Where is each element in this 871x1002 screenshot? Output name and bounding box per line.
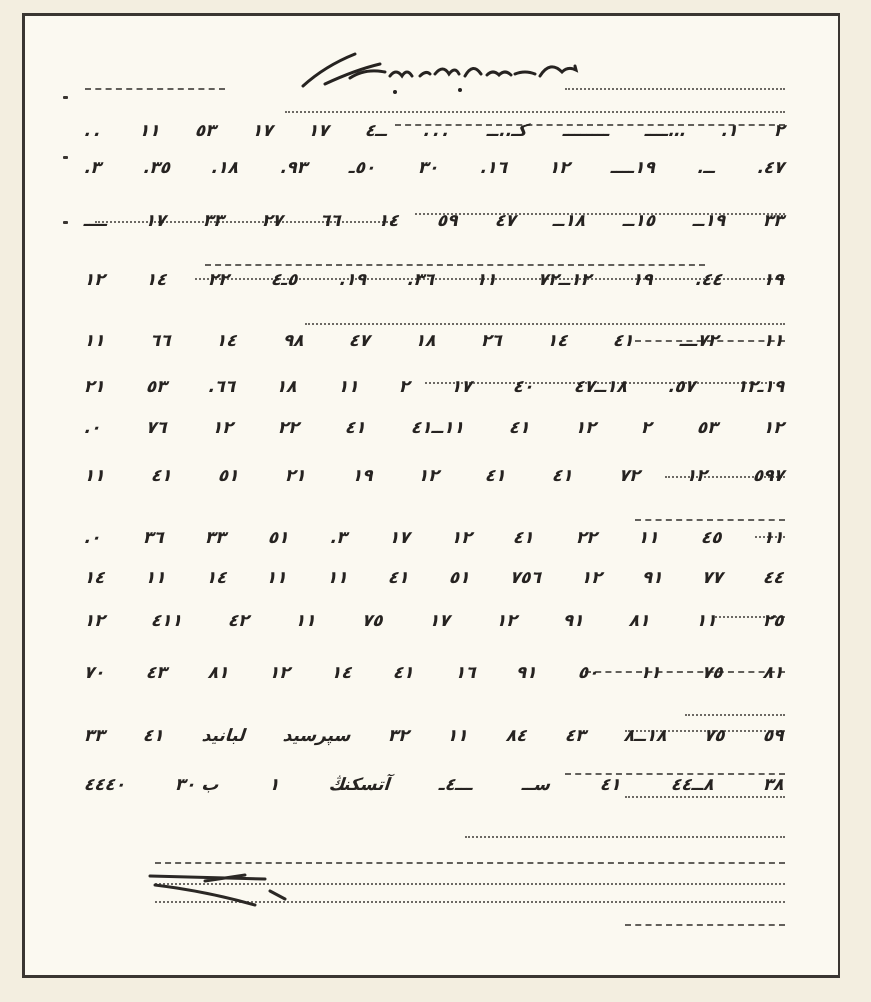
- ledger-cell: ١٢: [493, 611, 520, 631]
- ledger-cell: ١٩ـ١٢: [734, 377, 788, 397]
- ledger-cell: ٩١: [639, 568, 666, 588]
- ledger-cell: ــ٤: [363, 121, 392, 141]
- ledger-cell: ٤١: [550, 466, 577, 486]
- ledger-cell: ٤١: [483, 466, 510, 486]
- ledger-cell: ١١: [761, 528, 788, 548]
- ledger-cell: ١٤: [545, 331, 572, 351]
- ledger-cell: سپرسيد: [280, 726, 354, 746]
- ledger-cell: ٨١: [761, 663, 788, 683]
- ledger-cell: ١٢ــ٧٢: [536, 270, 596, 290]
- ledger-cell: ٢: [397, 377, 414, 397]
- ledger-cell: ١٤: [144, 270, 171, 290]
- ledger-row: ١٩ـ١٢٥٧.١٨ــ٤٧٤٠١٧٢١١١٨٦٦.٥٣٢١: [85, 372, 785, 402]
- ledger-cell: ٢٢: [206, 270, 233, 290]
- ledger-cell: ١١: [636, 528, 663, 548]
- ledger-cell: ..: [82, 121, 107, 141]
- ledger-cell: ٥ـ٤: [268, 270, 301, 290]
- ledger-cell: ١١: [293, 611, 320, 631]
- ledger-cell: ٣٨: [761, 775, 788, 795]
- ledger-cell: لبانيد: [199, 726, 248, 746]
- ledger-cell: ١٢: [210, 418, 237, 438]
- ledger-cell: ٧٢ـــ: [677, 331, 722, 351]
- ruled-line: [465, 836, 785, 838]
- ledger-cell: ١١: [474, 270, 501, 290]
- ledger-cell: ٢١: [282, 466, 309, 486]
- ledger-cell: ٣٦: [140, 528, 167, 548]
- ledger-cell: ســ: [520, 775, 555, 795]
- ledger-cell: ١٧: [306, 121, 333, 141]
- ledger-cell: ـــ٤ـ: [437, 775, 477, 795]
- ledger-cell: ٣٣: [82, 726, 109, 746]
- ledger-cell: ٥٩٧: [751, 466, 789, 486]
- ledger-cell: ٥٣: [144, 377, 171, 397]
- ledger-cell: ١٩.: [336, 270, 370, 290]
- ruled-line: [155, 862, 785, 864]
- ledger-cell: ٢٦: [479, 331, 506, 351]
- ledger-cell: ٩١: [514, 663, 541, 683]
- ledger-cell: ١١: [335, 377, 362, 397]
- ledger-cell: ٥٩: [434, 211, 461, 231]
- ledger-cell: ٤٢: [226, 611, 253, 631]
- ledger-row: ١٩٤٤.١٩١٢ــ٧٢١١٣٦.١٩.٥ـ٤٢٢١٤١٢: [85, 265, 785, 295]
- ledger-cell: ٤١: [598, 775, 625, 795]
- ledger-cell: ١٢: [573, 418, 600, 438]
- ledger-row: ٥٩٧١٢٧٢٤١٤١١٢١٩٢١٥١٤١١١: [85, 461, 785, 491]
- ledger-cell: ــ.: [695, 158, 720, 178]
- ledger-cell: ٤٤٤٠: [82, 775, 130, 795]
- signature-scrawl: [145, 871, 405, 911]
- ledger-cell: ٩٨: [280, 331, 307, 351]
- ledger-cell: ٣٣: [203, 528, 230, 548]
- ledger-cell: ١١: [761, 331, 788, 351]
- ledger-cell: ١٢: [547, 158, 574, 178]
- ledger-cell: ٧٠: [82, 663, 109, 683]
- ledger-cell: ١٤: [203, 568, 230, 588]
- ruled-line: [565, 88, 785, 90]
- ledger-cell: ــــ: [82, 211, 112, 231]
- ledger-cell: ٢٧: [259, 211, 286, 231]
- ruled-line: [85, 88, 225, 90]
- ledger-cell: ١٨ــ: [551, 211, 590, 231]
- ledger-cell: ٤٤.: [692, 270, 726, 290]
- ledger-cell: ٣٣: [201, 211, 228, 231]
- ledger-row: ٢٥١١٨١٩١١٢١٧٧٥١١٤٢٤١١١٢: [85, 606, 785, 636]
- ledger-cell: ٠.: [82, 528, 105, 548]
- ledger-cell: ١٤: [376, 211, 403, 231]
- ledger-cell: ١٩: [349, 466, 376, 486]
- ledger-cell: ٤٧: [493, 211, 520, 231]
- ledger-row: ٤٧.ــ.١٩ــــ١٢١٦.٣٠٥٠ـ٩٣.١٨.٣٥.٣.: [85, 153, 785, 183]
- ledger-cell: ٧٥: [702, 726, 729, 746]
- ledger-row: ٣٨٨ــ٤٤٤١ســـــ٤ـآتسكنڭ١ب ٣٠٤٤٤٠: [85, 770, 785, 800]
- ledger-cell: ١٢: [684, 466, 711, 486]
- ledger-cell: ١٢: [579, 568, 606, 588]
- ledger-cell: ٣.: [328, 528, 351, 548]
- ruled-line: [685, 714, 785, 716]
- ledger-cell: ١٨ــ٨: [621, 726, 670, 746]
- ledger-cell: ١٨.: [209, 158, 243, 178]
- ledger-cell: ٤٤: [761, 568, 788, 588]
- ledger-cell: ١١: [638, 663, 665, 683]
- ruled-line: [305, 323, 785, 325]
- ledger-cell: ١٧: [250, 121, 277, 141]
- ledger-cell: ٧٧: [700, 568, 727, 588]
- ledger-cell: ١١: [137, 121, 164, 141]
- ledger-cell: ١٦: [452, 663, 479, 683]
- ledger-row: ١١٤٥١١٢٢٤١١٢١٧٣.٥١٣٣٣٦٠.: [85, 523, 785, 553]
- ledger-cell: ٥٠: [576, 663, 603, 683]
- ledger-cell: ٤١: [149, 466, 176, 486]
- ledger-cell: ٤٣: [563, 726, 590, 746]
- ledger-cell: ٧٦: [144, 418, 171, 438]
- ledger-cell: ١٨ــ٤٧: [572, 377, 632, 397]
- ledger-cell: ١٤: [329, 663, 356, 683]
- ledger-cell: ٤٠: [510, 377, 537, 397]
- ruled-line: [635, 519, 785, 521]
- ledger-cell: ١٨: [274, 377, 301, 397]
- ledger-row: ١٢٥٣٢١٢٤١١١ــ٤١٤١٢٢١٢٧٦٠.: [85, 413, 785, 443]
- ledger-cell: ١.: [719, 121, 742, 141]
- ledger-cell: ٤٧: [347, 331, 374, 351]
- ledger-cell: ١٧: [143, 211, 170, 231]
- ledger-cell: ٧٥: [699, 663, 726, 683]
- ledger-cell: ١١: [82, 331, 109, 351]
- handwritten-title-scrawl: [295, 46, 595, 96]
- ledger-cell: ١١: [82, 466, 109, 486]
- ledger-cell: ١٩: [630, 270, 657, 290]
- ledger-cell: ٣٥.: [140, 158, 174, 178]
- ledger-cell: ١٩: [761, 270, 788, 290]
- ledger-cell: ١١: [264, 568, 291, 588]
- ledger-cell: ٥٧.: [666, 377, 700, 397]
- ledger-cell: ٣٠: [415, 158, 442, 178]
- ledger-cell: ٥١: [265, 528, 292, 548]
- ledger-cell: ٦٦: [318, 211, 345, 231]
- ledger-cell: ٧٥٦: [507, 568, 545, 588]
- ledger-cell: …ــــ: [643, 121, 690, 141]
- ledger-cell: ٥٣: [695, 418, 722, 438]
- ledger-cell: ٩١: [560, 611, 587, 631]
- ledger-cell: ١٢: [82, 270, 109, 290]
- ledger-row: ١١٧٢ـــ٤١١٤٢٦١٨٤٧٩٨١٤٦٦١١: [85, 326, 785, 356]
- ledger-cell: ٠.: [82, 418, 105, 438]
- ledger-cell: ٧٢: [617, 466, 644, 486]
- ledger-cell: ١١: [445, 726, 472, 746]
- ledger-row: ٤٤٧٧٩١١٢٧٥٦٥١٤١١١١١١٤١١١٤: [85, 563, 785, 593]
- ledger-row: ٥٩٧٥١٨ــ٨٤٣٨٤١١٣٢سپرسيدلبانيد٤١٣٣: [85, 721, 785, 751]
- ledger-cell: ٤٣: [144, 663, 171, 683]
- ledger-cell: ١١: [143, 568, 170, 588]
- ledger-cell: ٩٣.: [278, 158, 312, 178]
- ledger-cell: ٤٧.: [755, 158, 789, 178]
- ledger-cell: ...: [420, 121, 455, 141]
- ledger-cell: ١٤: [214, 331, 241, 351]
- ledger-cell: ٤١: [141, 726, 168, 746]
- ledger-cell: ١٩ــ: [691, 211, 730, 231]
- ledger-cell: ٦٦.: [205, 377, 239, 397]
- ledger-cell: ٢: [639, 418, 656, 438]
- ruled-line: [625, 924, 785, 926]
- ledger-cell: ٤١١: [149, 611, 187, 631]
- ledger-cell: ٢: [771, 121, 788, 141]
- ledger-cell: ١٢: [82, 611, 109, 631]
- ledger-cell: ٣٢: [386, 726, 413, 746]
- ledger-cell: ٢٥: [761, 611, 788, 631]
- ledger-cell: ١٥ــ: [621, 211, 660, 231]
- ledger-cell: ٣٣: [761, 211, 788, 231]
- ledger-cell: ١٨: [413, 331, 440, 351]
- ledger-cell: ١١: [694, 611, 721, 631]
- ledger-cell: ٤١: [611, 331, 638, 351]
- ledger-cell: ١٧: [448, 377, 475, 397]
- ledger-cell: ١١: [325, 568, 352, 588]
- ledger-cell: ٤١: [507, 418, 534, 438]
- ledger-cell: ٨١: [627, 611, 654, 631]
- ledger-cell: ٣.: [82, 158, 105, 178]
- ledger-cell: ١٤: [82, 568, 109, 588]
- document-title: [295, 46, 595, 96]
- ledger-cell: ٨ــ٤٤: [669, 775, 718, 795]
- ledger-cell: ٨٤: [504, 726, 531, 746]
- ledger-row: ٨١٧٥١١٥٠٩١١٦٤١١٤١٢٨١٤٣٧٠: [85, 658, 785, 688]
- ledger-cell: ١٢: [761, 418, 788, 438]
- ledger-cell: ٤١: [511, 528, 538, 548]
- margin-mark: [63, 221, 68, 224]
- ledger-cell: ٤١: [386, 568, 413, 588]
- ledger-cell: ٥١: [216, 466, 243, 486]
- ledger-cell: ٧٥: [360, 611, 387, 631]
- ledger-cell: ٥٩: [761, 726, 788, 746]
- ledger-cell: ٢١: [82, 377, 109, 397]
- manuscript-page-frame: ٢١.…ــــــــــــكـ..ــ...ــ٤١٧١٧٥٣١١..٤٧…: [22, 13, 840, 978]
- ledger-cell: ٤٥: [699, 528, 726, 548]
- ledger-cell: ٣٦.: [405, 270, 439, 290]
- ledger-cell: ٥٠ـ: [347, 158, 380, 178]
- ledger-cell: ٢٢: [574, 528, 601, 548]
- ledger-cell: ب ٣٠: [173, 775, 223, 795]
- ledger-cell: ١٢: [449, 528, 476, 548]
- ledger-cell: ٦٦: [148, 331, 175, 351]
- margin-mark: [63, 156, 68, 159]
- ledger-cell: ــــــــ: [561, 121, 614, 141]
- ledger-cell: ١: [266, 775, 283, 795]
- ledger-cell: ٢٢: [276, 418, 303, 438]
- ledger-cell: ١٧: [427, 611, 454, 631]
- ledger-cell: ١٢: [416, 466, 443, 486]
- ledger-row: ٣٣١٩ــ١٥ــ١٨ــ٤٧٥٩١٤٦٦٢٧٣٣١٧ــــ: [85, 206, 785, 236]
- ledger-row: ٢١.…ــــــــــــكـ..ــ...ــ٤١٧١٧٥٣١١..: [85, 116, 785, 146]
- scanned-document: ٢١.…ــــــــــــكـ..ــ...ــ٤١٧١٧٥٣١١..٤٧…: [0, 0, 871, 1002]
- ruled-line: [285, 111, 785, 113]
- ledger-cell: ١١ــ٤١: [408, 418, 468, 438]
- ledger-cell: ١٧: [386, 528, 413, 548]
- ledger-cell: ٤١: [391, 663, 418, 683]
- ledger-cell: آتسكنڭ: [327, 775, 394, 795]
- ledger-cell: ٥١: [447, 568, 474, 588]
- ledger-cell: ١٢: [267, 663, 294, 683]
- ledger-cell: ١٦.: [478, 158, 512, 178]
- margin-mark: [63, 96, 68, 99]
- ledger-cell: ٥٣: [193, 121, 220, 141]
- ledger-cell: ٤١: [342, 418, 369, 438]
- ledger-cell: كـ..ــ: [485, 121, 532, 141]
- ledger-cell: ١٩ــــ: [609, 158, 660, 178]
- ledger-cell: ٨١: [205, 663, 232, 683]
